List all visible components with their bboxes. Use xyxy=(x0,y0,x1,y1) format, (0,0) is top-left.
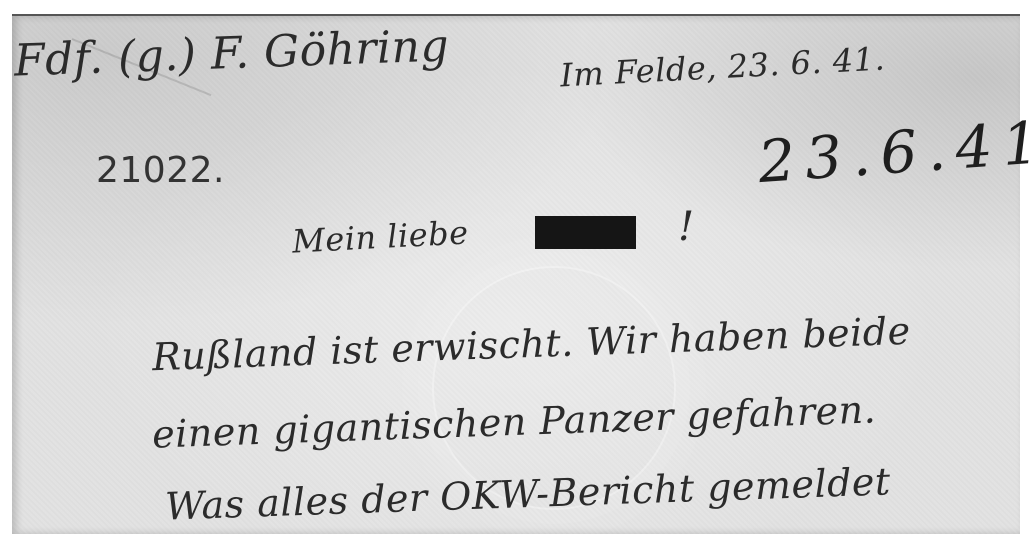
field-post-number: 21022. xyxy=(96,150,225,191)
redaction-bar xyxy=(535,216,636,249)
salutation-exclamation: ! xyxy=(678,204,695,250)
